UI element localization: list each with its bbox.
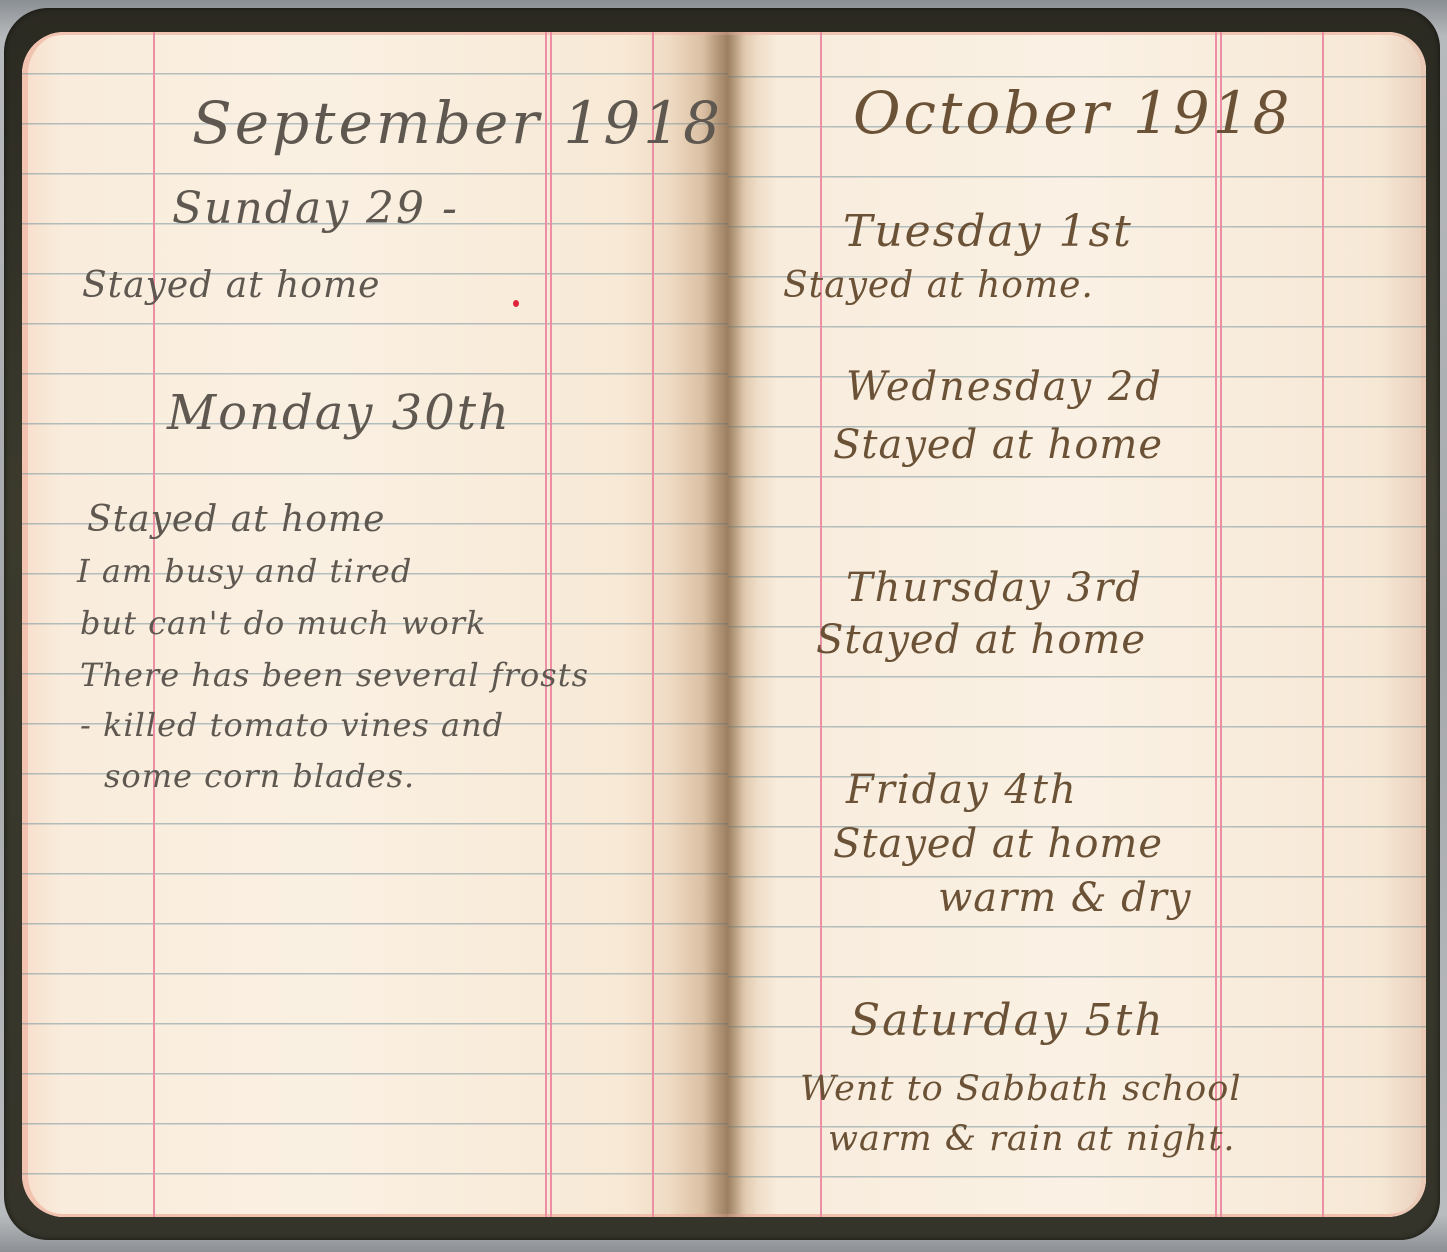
entry-line: Stayed at home — [87, 502, 385, 538]
entry-line: Stayed at home — [833, 824, 1163, 864]
right-page: October 1918 Tuesday 1st Stayed at home.… — [728, 32, 1426, 1217]
day-heading: Friday 4th — [846, 770, 1078, 810]
spine-shadow — [728, 32, 758, 1217]
column-rule — [652, 32, 654, 1217]
entry-line: Stayed at home — [816, 620, 1146, 660]
entry-line: warm & dry — [938, 878, 1192, 918]
month-heading: October 1918 — [853, 84, 1292, 142]
ink-dot — [513, 300, 519, 307]
spine-shadow — [668, 32, 728, 1217]
entry-line: Went to Sabbath school — [800, 1072, 1242, 1107]
entry-line: warm & rain at night. — [828, 1122, 1236, 1157]
column-rule — [1220, 32, 1222, 1217]
day-heading: Monday 30th — [167, 389, 511, 437]
column-rule — [1322, 32, 1324, 1217]
left-page: September 1918 Sunday 29 - Stayed at hom… — [22, 32, 728, 1217]
entry-line: Stayed at home — [833, 425, 1163, 465]
day-heading: Sunday 29 - — [172, 187, 459, 231]
column-rule — [550, 32, 552, 1217]
entry-line: Stayed at home — [82, 268, 380, 304]
day-heading: Thursday 3rd — [846, 568, 1143, 608]
day-heading: Saturday 5th — [850, 999, 1165, 1043]
entry-line: Stayed at home. — [783, 268, 1094, 304]
entry-line: some corn blades. — [104, 760, 415, 792]
column-rule — [1215, 32, 1217, 1217]
entry-line: but can't do much work — [80, 607, 486, 639]
entry-line: I am busy and tired — [77, 555, 412, 587]
day-heading: Tuesday 1st — [843, 210, 1133, 254]
entry-line: There has been several frosts — [80, 659, 589, 691]
column-rule — [545, 32, 547, 1217]
day-heading: Wednesday 2d — [846, 367, 1163, 407]
month-heading: September 1918 — [192, 94, 723, 152]
entry-line: - killed tomato vines and — [80, 709, 504, 741]
